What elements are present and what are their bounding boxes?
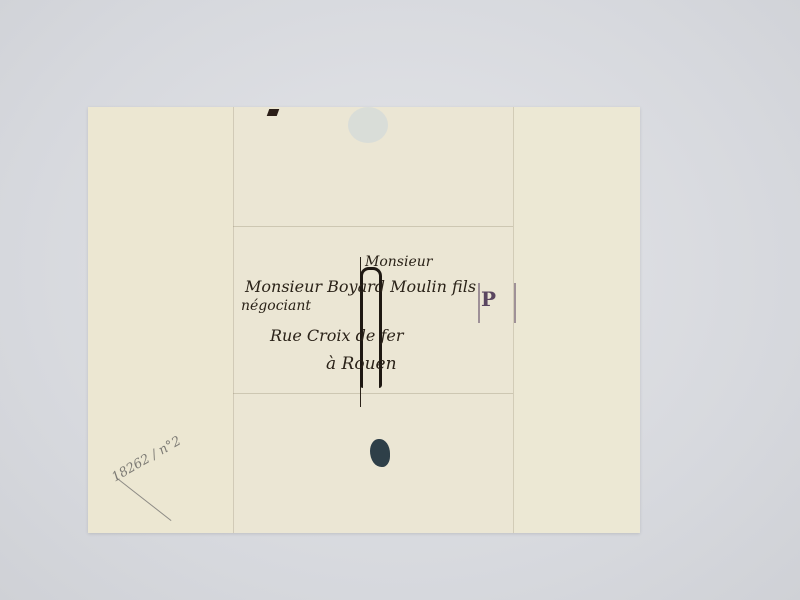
fold-line-top	[233, 226, 513, 227]
wax-seal	[370, 439, 390, 467]
address-line-1: Monsieur	[365, 254, 432, 270]
address-line-5: à Rouen	[326, 354, 397, 374]
seal-remnant-top	[348, 107, 388, 143]
fold-line-bottom	[233, 393, 513, 394]
postmark-stamp: P	[481, 287, 496, 311]
address-line-3: négociant	[241, 298, 311, 314]
address-line-4: Rue Croix de fer	[270, 326, 404, 345]
fold-line-left	[233, 107, 234, 533]
ink-blot	[267, 109, 280, 116]
left-flap	[88, 107, 233, 533]
right-flap	[513, 107, 640, 533]
letter-cover: Monsieur Monsieur Boyard Moulin fils nég…	[88, 107, 640, 533]
address-line-2: Monsieur Boyard Moulin fils	[245, 277, 476, 296]
